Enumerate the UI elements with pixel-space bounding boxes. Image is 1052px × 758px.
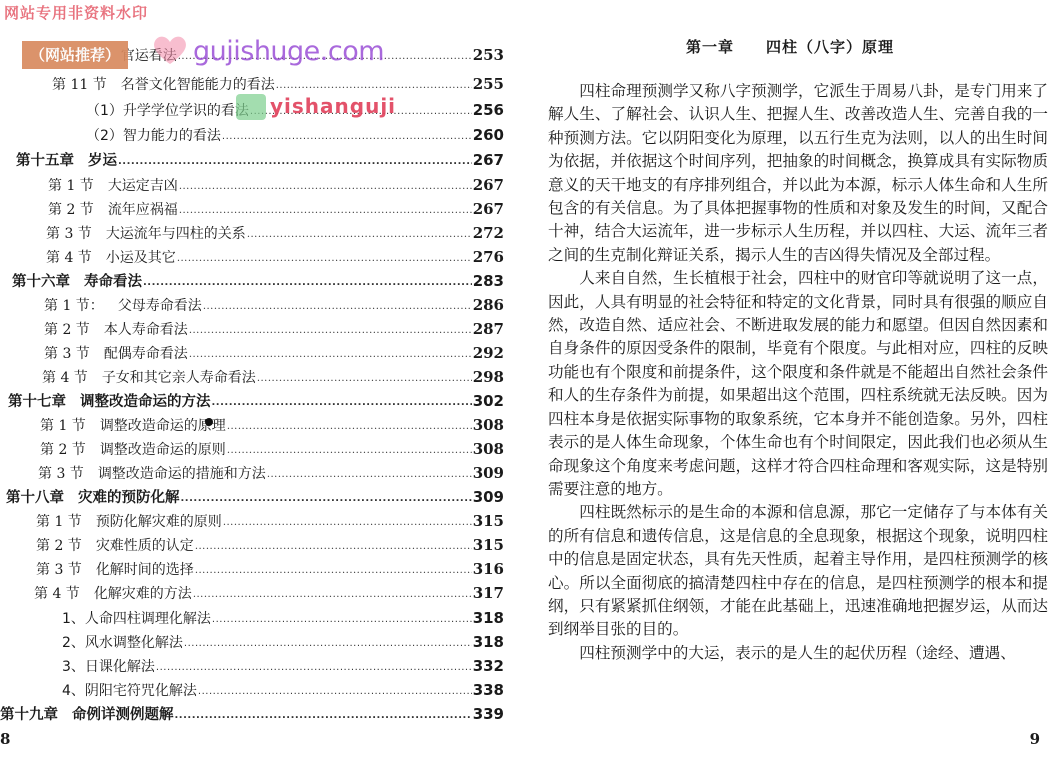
toc-entry-title: 4、阴阳宅符咒化解法 [62, 680, 197, 702]
toc-entry-chapter: 第十五章岁运267 [16, 149, 504, 171]
dot-leader [179, 176, 472, 198]
toc-entry-page: 272 [473, 222, 504, 244]
toc-entry-section: 第 4 节小运及其它276 [46, 246, 504, 268]
toc-entry-number: 第十七章 [8, 391, 66, 413]
right-page-chapter: 第一章 四柱（八字）原理 四柱命理预测学又称八字预测学，它派生于周易八卦，是专门… [528, 0, 1052, 758]
dot-leader [212, 609, 472, 631]
dot-leader [189, 320, 472, 342]
toc-entry-page: 302 [473, 390, 504, 412]
toc-entry-page: 276 [473, 246, 504, 268]
toc-entry-title: 灾难的预防化解 [64, 487, 180, 509]
dot-leader [118, 151, 472, 173]
toc-entry-number: 第 3 节 [44, 343, 90, 365]
dot-leader [212, 392, 472, 414]
dot-leader [247, 224, 472, 246]
dot-leader [257, 368, 472, 390]
toc-entry-number: 第 2 节 [40, 439, 86, 461]
toc-entry-title: 大运流年与四柱的关系 [92, 223, 246, 245]
toc-entry-page: 267 [473, 198, 504, 220]
toc-entry-page: 309 [473, 486, 504, 508]
toc-entry-sub: 1、人命四柱调理化解法318 [62, 607, 504, 629]
toc-entry-page: 332 [473, 655, 504, 677]
toc-entry-number: 第 3 节 [46, 223, 92, 245]
dot-leader [181, 488, 472, 510]
toc-entry-title: 流年应祸福 [94, 199, 178, 221]
dot-leader [198, 681, 472, 703]
toc-entry-title: 寿命看法 [70, 271, 142, 293]
toc-entry-section: 第 2 节调整改造命运的原则308 [40, 438, 504, 460]
toc-entry-title: 调整改造命运的原则 [86, 439, 226, 461]
dot-leader [156, 657, 472, 679]
dot-leader [179, 200, 472, 222]
toc-entry-page: 255 [473, 73, 504, 95]
toc-entry-title: 大运定吉凶 [94, 175, 178, 197]
toc-entry-page: 256 [473, 99, 504, 121]
dot-leader [175, 705, 472, 727]
toc-entry-number: 第 11 节 [52, 74, 107, 96]
toc-entry-sub: （2）智力能力的看法260 [86, 124, 504, 146]
toc-entry-title: 化解灾难的方法 [80, 583, 192, 605]
right-page-number: 9 [1030, 730, 1040, 748]
toc-entry-title: 调整改造命运的措施和方法 [84, 463, 266, 485]
dot-leader [203, 296, 472, 318]
watermark-site-gujishuge: gujishuge.com [193, 36, 384, 67]
toc-entry-number: 第 3 节 [38, 463, 84, 485]
toc-entry-title: 预防化解灾难的原则 [82, 511, 222, 533]
toc-entry-section: 第 4 节化解灾难的方法317 [34, 582, 504, 604]
toc-entry-section: 第 2 节灾难性质的认定315 [36, 534, 504, 556]
chapter-body: 四柱命理预测学又称八字预测学，它派生于周易八卦，是专门用来了解人生、了解社会、认… [548, 80, 1048, 665]
toc-entry-section: 第 1 节大运定吉凶267 [48, 174, 504, 196]
dot-leader [195, 536, 472, 558]
toc-entry-section: 第 3 节配偶寿命看法292 [44, 342, 504, 364]
toc-entry-title: 灾难性质的认定 [82, 535, 194, 557]
toc-entry-page: 283 [473, 270, 504, 292]
toc-entry-title: 父母寿命看法 [104, 295, 202, 317]
paragraph-1: 四柱命理预测学又称八字预测学，它派生于周易八卦，是专门用来了解人生、了解社会、认… [548, 80, 1048, 267]
toc-entry-page: 253 [473, 44, 504, 66]
chapter-heading: 第一章 四柱（八字）原理 [528, 36, 1052, 57]
dot-leader [195, 560, 472, 582]
toc-entry-page: 316 [473, 558, 504, 580]
toc-entry-chapter: 第十六章寿命看法283 [12, 270, 504, 292]
toc-entry-sub: 3、日课化解法332 [62, 655, 504, 677]
toc-entry-title: 配偶寿命看法 [90, 343, 188, 365]
toc-entry-page: 308 [473, 414, 504, 436]
dot-leader [184, 633, 472, 655]
toc-entry-section: 第 4 节子女和其它亲人寿命看法298 [42, 366, 504, 388]
toc-entry-section: 第 3 节调整改造命运的措施和方法309 [38, 462, 504, 484]
watermark-site-yishanguji: yishanguji [270, 94, 396, 118]
toc-entry-page: 267 [473, 149, 504, 171]
left-page-number: 8 [0, 730, 10, 748]
toc-entry-title: 名誉文化智能能力的看法 [107, 74, 275, 96]
toc-entry-section: 第 3 节化解时间的选择316 [36, 558, 504, 580]
toc-entry-section: 第 11 节名誉文化智能能力的看法255 [52, 73, 504, 95]
dot-leader [143, 272, 472, 294]
toc-entry-title: 3、日课化解法 [62, 656, 155, 678]
toc-entry-page: 292 [473, 342, 504, 364]
toc-entry-title: 命例详测例题解 [58, 704, 174, 726]
toc-entry-number: 第十九章 [0, 704, 58, 726]
toc-entry-title: 调整改造命运的方法 [66, 391, 211, 413]
leaf-logo-icon [236, 94, 266, 120]
dot-leader [227, 440, 472, 462]
ink-blot [205, 418, 213, 426]
toc-entry-page: 315 [473, 510, 504, 532]
toc-entry-page: 309 [473, 462, 504, 484]
toc-entry-number: 第 4 节 [42, 367, 88, 389]
dot-leader [267, 464, 472, 486]
toc-entry-chapter: 第十九章命例详测例题解339 [0, 703, 504, 725]
toc-entry-title: 岁运 [74, 150, 117, 172]
toc-entry-section: 第 1 节：父母寿命看法286 [44, 294, 504, 316]
toc-entry-number: 第 2 节 [48, 199, 94, 221]
dot-leader [193, 584, 472, 606]
dot-leader [177, 248, 472, 270]
toc-entry-page: 318 [473, 607, 504, 629]
toc-entry-number: 第 1 节： [44, 295, 104, 317]
toc-entry-title: 本人寿命看法 [90, 319, 188, 341]
dot-leader [227, 416, 472, 438]
toc-entry-page: 339 [473, 703, 504, 725]
toc-entry-title: （2）智力能力的看法 [86, 125, 221, 147]
dot-leader [189, 344, 472, 366]
toc-entry-page: 287 [473, 318, 504, 340]
toc-entry-page: 315 [473, 534, 504, 556]
toc-entry-number: 第 4 节 [46, 247, 92, 269]
toc-entry-number: 第 1 节 [36, 511, 82, 533]
toc-entry-number: 第 1 节 [48, 175, 94, 197]
watermark-recommend-badge: （网站推荐） [22, 41, 128, 69]
watermark-top-text: 网站专用非资料水印 [4, 2, 148, 23]
toc-entry-number: 第十八章 [6, 487, 64, 509]
toc-entry-section: 第 2 节流年应祸福267 [48, 198, 504, 220]
paragraph-3: 四柱既然标示的是生命的本源和信息源，那它一定储存了与本体有关的所有信息和遗传信息… [548, 501, 1048, 641]
toc-entry-chapter: 第十八章灾难的预防化解309 [6, 486, 504, 508]
toc-entry-number: 第 1 节 [40, 415, 86, 437]
toc-entry-page: 317 [473, 582, 504, 604]
toc-entry-title: （1）升学学位学识的看法 [86, 100, 249, 122]
toc-entry-number: 第 4 节 [34, 583, 80, 605]
toc-entry-sub: 2、风水调整化解法318 [62, 631, 504, 653]
toc-entry-number: 第 2 节 [36, 535, 82, 557]
toc-entry-title: 调整改造命运的原理 [86, 415, 226, 437]
toc-entry-title: 小运及其它 [92, 247, 176, 269]
toc-entry-number: 第 3 节 [36, 559, 82, 581]
toc-entry-title: 2、风水调整化解法 [62, 632, 183, 654]
toc-entry-number: 第十五章 [16, 150, 74, 172]
toc-entry-title: 子女和其它亲人寿命看法 [88, 367, 256, 389]
toc-entry-title: 1、人命四柱调理化解法 [62, 608, 211, 630]
toc-entry-page: 267 [473, 174, 504, 196]
toc-entry-section: 第 2 节本人寿命看法287 [44, 318, 504, 340]
toc-entry-section: 第 1 节调整改造命运的原理308 [40, 414, 504, 436]
toc-entry-number: 第十六章 [12, 271, 70, 293]
toc-entry-number: 第 2 节 [44, 319, 90, 341]
toc-entry-page: 338 [473, 679, 504, 701]
toc-entry-page: 308 [473, 438, 504, 460]
dot-leader [222, 126, 472, 148]
toc-entry-sub: 4、阴阳宅符咒化解法338 [62, 679, 504, 701]
paragraph-4: 四柱预测学中的大运，表示的是人生的起伏历程（途经、遭遇、 [548, 642, 1048, 665]
dot-leader [223, 512, 472, 534]
toc-entry-page: 298 [473, 366, 504, 388]
toc-entry-page: 260 [473, 124, 504, 146]
toc-entry-section: 第 1 节预防化解灾难的原则315 [36, 510, 504, 532]
heart-icon [152, 34, 188, 66]
toc-entry-page: 318 [473, 631, 504, 653]
paragraph-2: 人来自自然，生长植根于社会，四柱中的财官印等就说明了这一点，因此，人具有明显的社… [548, 267, 1048, 501]
toc-entry-section: 第 3 节大运流年与四柱的关系272 [46, 222, 504, 244]
toc-entry-page: 286 [473, 294, 504, 316]
toc-entry-chapter: 第十七章调整改造命运的方法302 [8, 390, 504, 412]
toc-entry-title: 化解时间的选择 [82, 559, 194, 581]
